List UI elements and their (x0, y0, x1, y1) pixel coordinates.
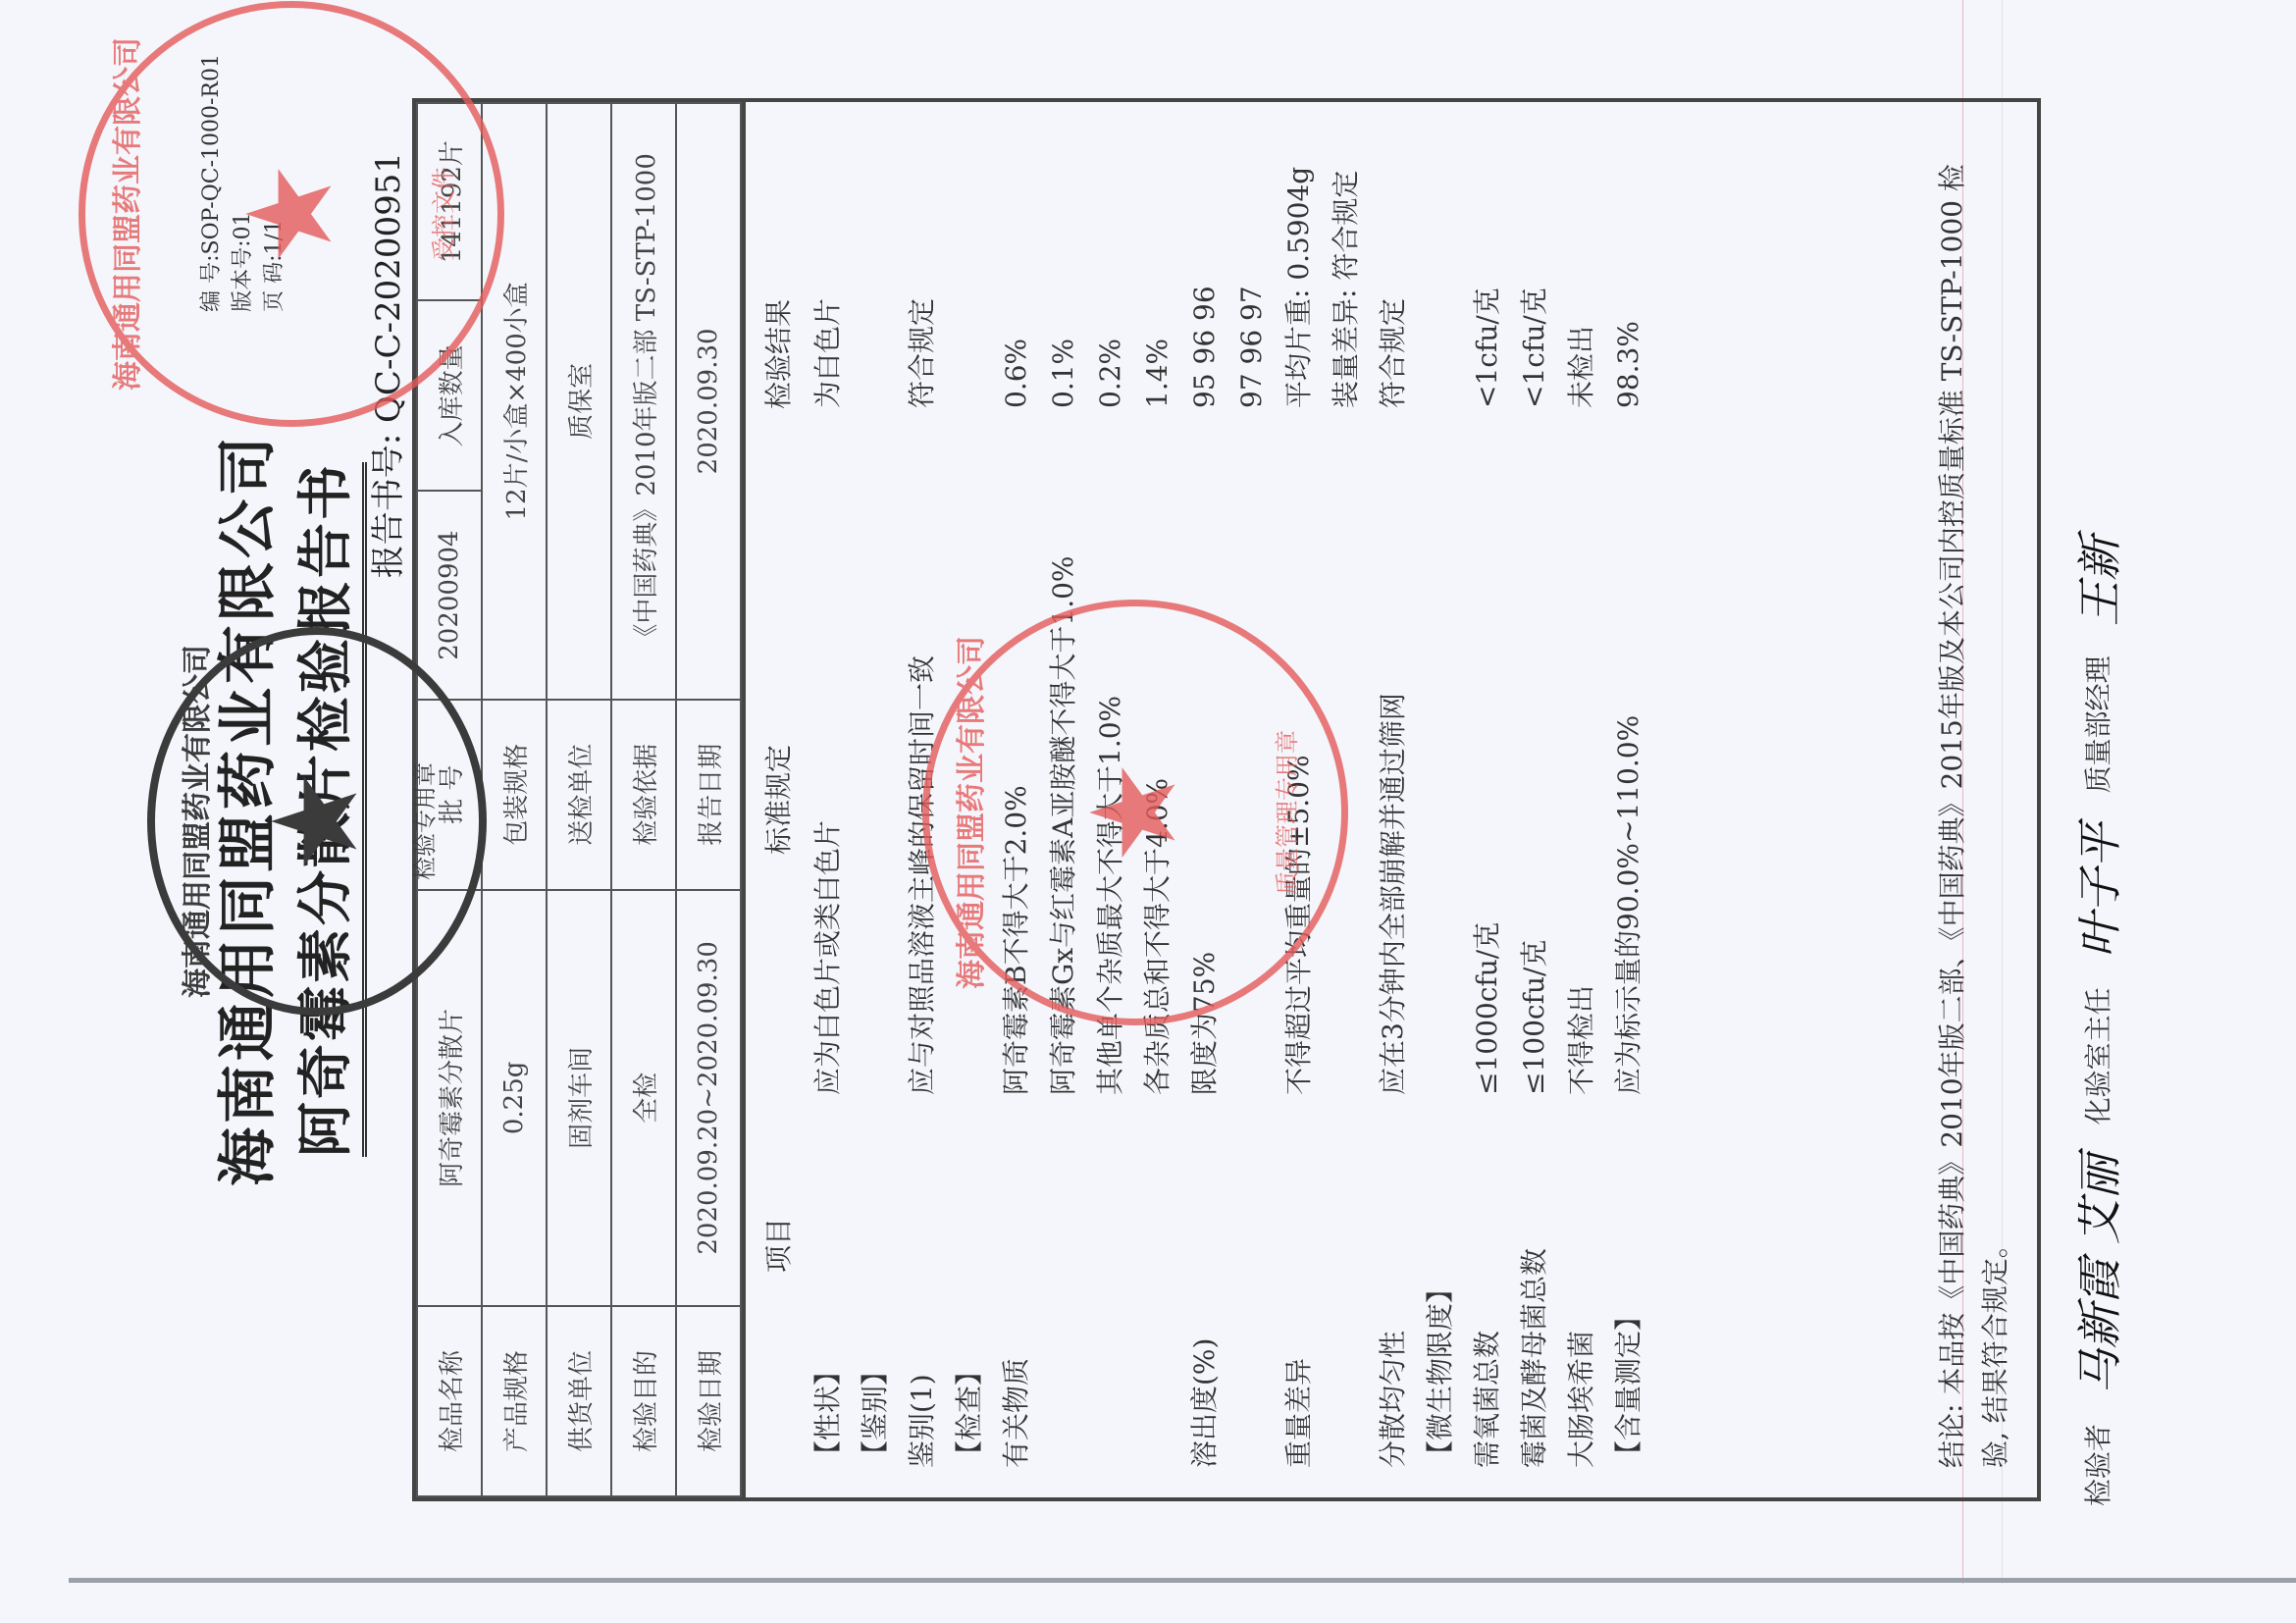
star-icon: ★ (258, 768, 376, 874)
result-result: 95 96 96 (1181, 131, 1228, 408)
qa-manager-signature: 王新 (2064, 536, 2129, 626)
table-row: 检验日期 2020.09.20~2020.09.30 报告日期 2020.09.… (676, 103, 741, 1496)
results-header: 项目 标准规定 检验结果 (742, 102, 805, 1497)
table-row: 【含量测定】应为标示量的90.0%~110.0%98.3% (1605, 131, 1652, 1468)
result-item: 【鉴别】 (852, 1095, 899, 1468)
result-item: 大肠埃希菌 (1558, 1095, 1605, 1468)
star-icon: ★ (233, 161, 350, 267)
result-item: 分散均匀性 (1370, 1095, 1417, 1468)
result-item: 鉴别(1) (899, 1095, 946, 1468)
table-row: 分散均匀性应在3分钟内全部崩解并通过筛网符合规定 (1370, 131, 1417, 1468)
result-item (1087, 1095, 1134, 1468)
table-row: 产品规格 0.25g 包装规格 12片/小盒×400小盒 (482, 103, 547, 1496)
scan-edge (69, 1578, 2296, 1583)
result-standard: 应在3分钟内全部崩解并通过筛网 (1370, 408, 1417, 1095)
result-result: 97 96 97 (1228, 131, 1276, 408)
star-icon: ★ (1076, 759, 1194, 865)
result-standard (1417, 408, 1464, 1095)
quality-stamp: 海南通用同盟药业有限公司 ★ 质量管理专用章 (922, 600, 1348, 1025)
result-item (1040, 1095, 1087, 1468)
table-row: 检验目的 全检 检验依据 《中国药典》2010年版二部 TS-STP-1000 (611, 103, 676, 1496)
result-result: <1cfu/克 (1464, 131, 1511, 408)
controlled-doc-stamp: 海南通用同盟药业有限公司 ★ 受控文件 (78, 1, 504, 427)
result-item: 【微生物限度】 (1417, 1095, 1464, 1468)
result-item: 【检查】 (946, 1095, 993, 1468)
table-row: 需氧菌总数≤1000cfu/克<1cfu/克 (1464, 131, 1511, 1468)
result-result (852, 131, 899, 408)
result-result: 平均片重: 0.5904g 装量差异: 符合规定 (1276, 131, 1370, 408)
result-standard: ≤100cfu/克 (1511, 408, 1558, 1095)
signature-line: 检验者 马新霞 艾丽 化验室主任 叶子平 质量部经理 王新 (2064, 93, 2129, 1506)
result-result: 为白色片 (805, 131, 852, 408)
result-result: 1.4% (1134, 131, 1181, 408)
table-row: 【鉴别】 (852, 131, 899, 1468)
result-item: 霉菌及酵母菌总数 (1511, 1095, 1558, 1468)
result-result (946, 131, 993, 408)
conclusion: 结论: 本品按《中国药典》2010年版二部、《中国药典》2015年版及本公司内控… (1931, 131, 2017, 1468)
result-result: 0.1% (1040, 131, 1087, 408)
table-row: 【微生物限度】 (1417, 131, 1464, 1468)
result-standard: ≤1000cfu/克 (1464, 408, 1511, 1095)
result-result: 符合规定 (1370, 131, 1417, 408)
result-standard: 应为标示量的90.0%~110.0% (1605, 408, 1652, 1095)
result-standard (852, 408, 899, 1095)
result-item: 溶出度(%) (1181, 1095, 1228, 1468)
result-result: <1cfu/克 (1511, 131, 1558, 408)
table-row: 霉菌及酵母菌总数≤100cfu/克<1cfu/克 (1511, 131, 1558, 1468)
result-result (1417, 131, 1464, 408)
result-result: 未检出 (1558, 131, 1605, 408)
table-row: 【性状】应为白色片或类白色片为白色片 (805, 131, 852, 1468)
result-item: 有关物质 (993, 1095, 1040, 1468)
result-result: 98.3% (1605, 131, 1652, 408)
table-row: 大肠埃希菌不得检出未检出 (1558, 131, 1605, 1468)
result-item (1134, 1095, 1181, 1468)
result-item (1228, 1095, 1276, 1468)
table-row: 供货单位 固剂车间 送检单位 质保室 (547, 103, 611, 1496)
result-standard: 应为白色片或类白色片 (805, 408, 852, 1095)
inspection-report-page: 海南通用同盟药业有限公司 阿奇霉素分散片检验报告书 编 号:SOP-QC-100… (108, 74, 2188, 1545)
result-result: 0.6% (993, 131, 1040, 408)
result-standard: 不得检出 (1558, 408, 1605, 1095)
lab-head-signature: 叶子平 (2064, 822, 2129, 958)
result-result: 0.2% (1087, 131, 1134, 408)
result-result: 符合规定 (899, 131, 946, 408)
inspection-stamp: 海南通用同盟药业有限公司 ★ 检验专用章 (147, 627, 487, 1016)
result-item: 【性状】 (805, 1095, 852, 1468)
result-item: 需氧菌总数 (1464, 1095, 1511, 1468)
result-item: 重量差异 (1276, 1095, 1370, 1468)
result-item: 【含量测定】 (1605, 1095, 1652, 1468)
inspector-signature: 马新霞 艾丽 (2064, 1154, 2129, 1394)
